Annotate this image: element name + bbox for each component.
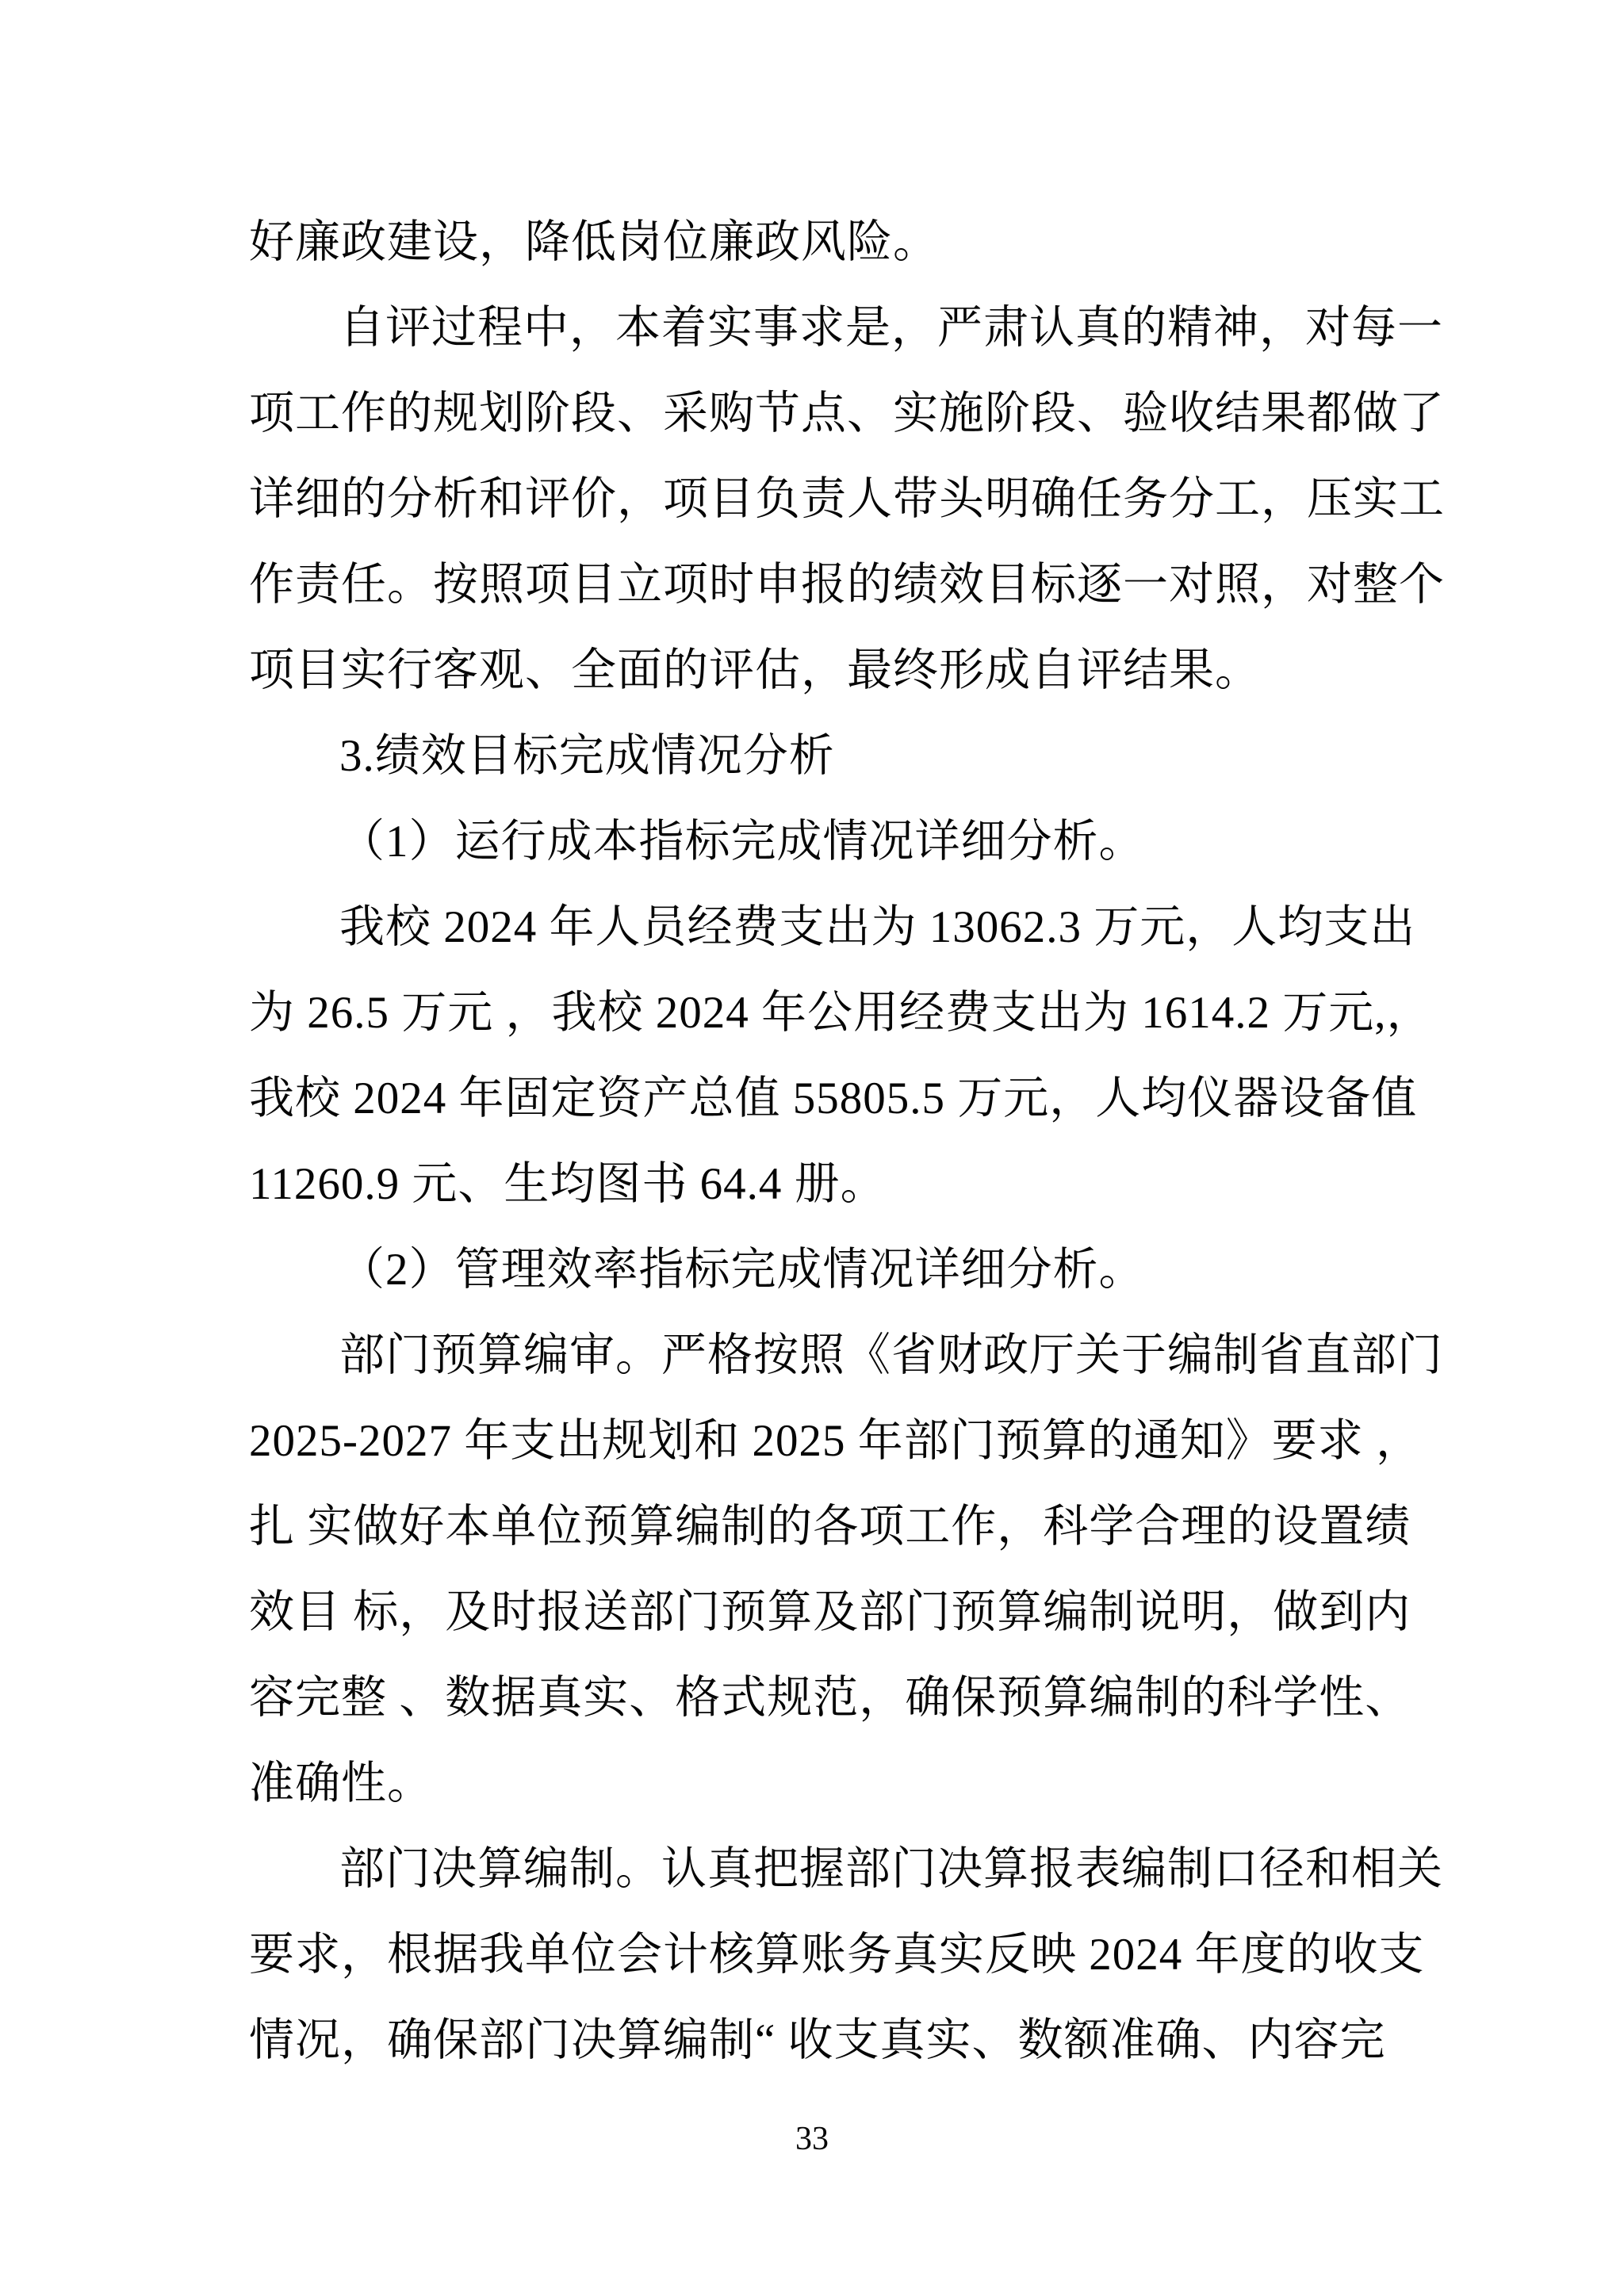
text-line: 项目实行客观、全面的评估，最终形成自评结果。	[249, 628, 1400, 714]
text-line: 部门预算编审。严格按照《省财政厅关于编制省直部门	[249, 1313, 1400, 1399]
text-line: 详细的分析和评价，项目负责人带头明确任务分工，压实工	[249, 457, 1400, 542]
section-heading: 3.绩效目标完成情况分析	[249, 714, 1400, 799]
text-line: 部门决算编制。认真把握部门决算报表编制口径和相关	[249, 1827, 1400, 1912]
text-line: 我校 2024 年人员经费支出为 13062.3 万元，人均支出	[249, 885, 1400, 970]
text-line: 作责任。按照项目立项时申报的绩效目标逐一对照，对整个	[249, 542, 1400, 628]
text-line: 要求，根据我单位会计核算账务真实反映 2024 年度的收支	[249, 1912, 1400, 1998]
text-line: 效目 标，及时报送部门预算及部门预算编制说明，做到内	[249, 1570, 1400, 1655]
text-line: 项工作的规划阶段、采购节点、实施阶段、验收结果都做了	[249, 371, 1400, 457]
text-line: 扎 实做好本单位预算编制的各项工作，科学合理的设置绩	[249, 1484, 1400, 1570]
text-line: 我校 2024 年固定资产总值 55805.5 万元，人均仪器设备值	[249, 1056, 1400, 1142]
document-body: 好廉政建设，降低岗位廉政风险。 自评过程中，本着实事求是，严肃认真的精神，对每一…	[249, 200, 1400, 2084]
text-line: 准确性。	[249, 1741, 1400, 1827]
page-number: 33	[0, 2118, 1624, 2160]
text-line: 自评过程中，本着实事求是，严肃认真的精神，对每一	[249, 285, 1400, 371]
text-line: 情况，确保部门决算编制“ 收支真实、数额准确、内容完	[249, 1998, 1400, 2084]
text-line: 11260.9 元、生均图书 64.4 册。	[249, 1142, 1400, 1227]
subsection-heading: （2）管理效率指标完成情况详细分析。	[249, 1227, 1400, 1313]
text-line: 好廉政建设，降低岗位廉政风险。	[249, 200, 1400, 285]
text-line: 容完整 、数据真实、格式规范，确保预算编制的科学性、	[249, 1655, 1400, 1741]
text-line: 2025-2027 年支出规划和 2025 年部门预算的通知》要求 ，	[249, 1399, 1400, 1484]
report-page: 好廉政建设，降低岗位廉政风险。 自评过程中，本着实事求是，严肃认真的精神，对每一…	[0, 0, 1624, 2296]
subsection-heading: （1）运行成本指标完成情况详细分析。	[249, 799, 1400, 885]
text-line: 为 26.5 万元 ，我校 2024 年公用经费支出为 1614.2 万元,，	[249, 970, 1400, 1056]
